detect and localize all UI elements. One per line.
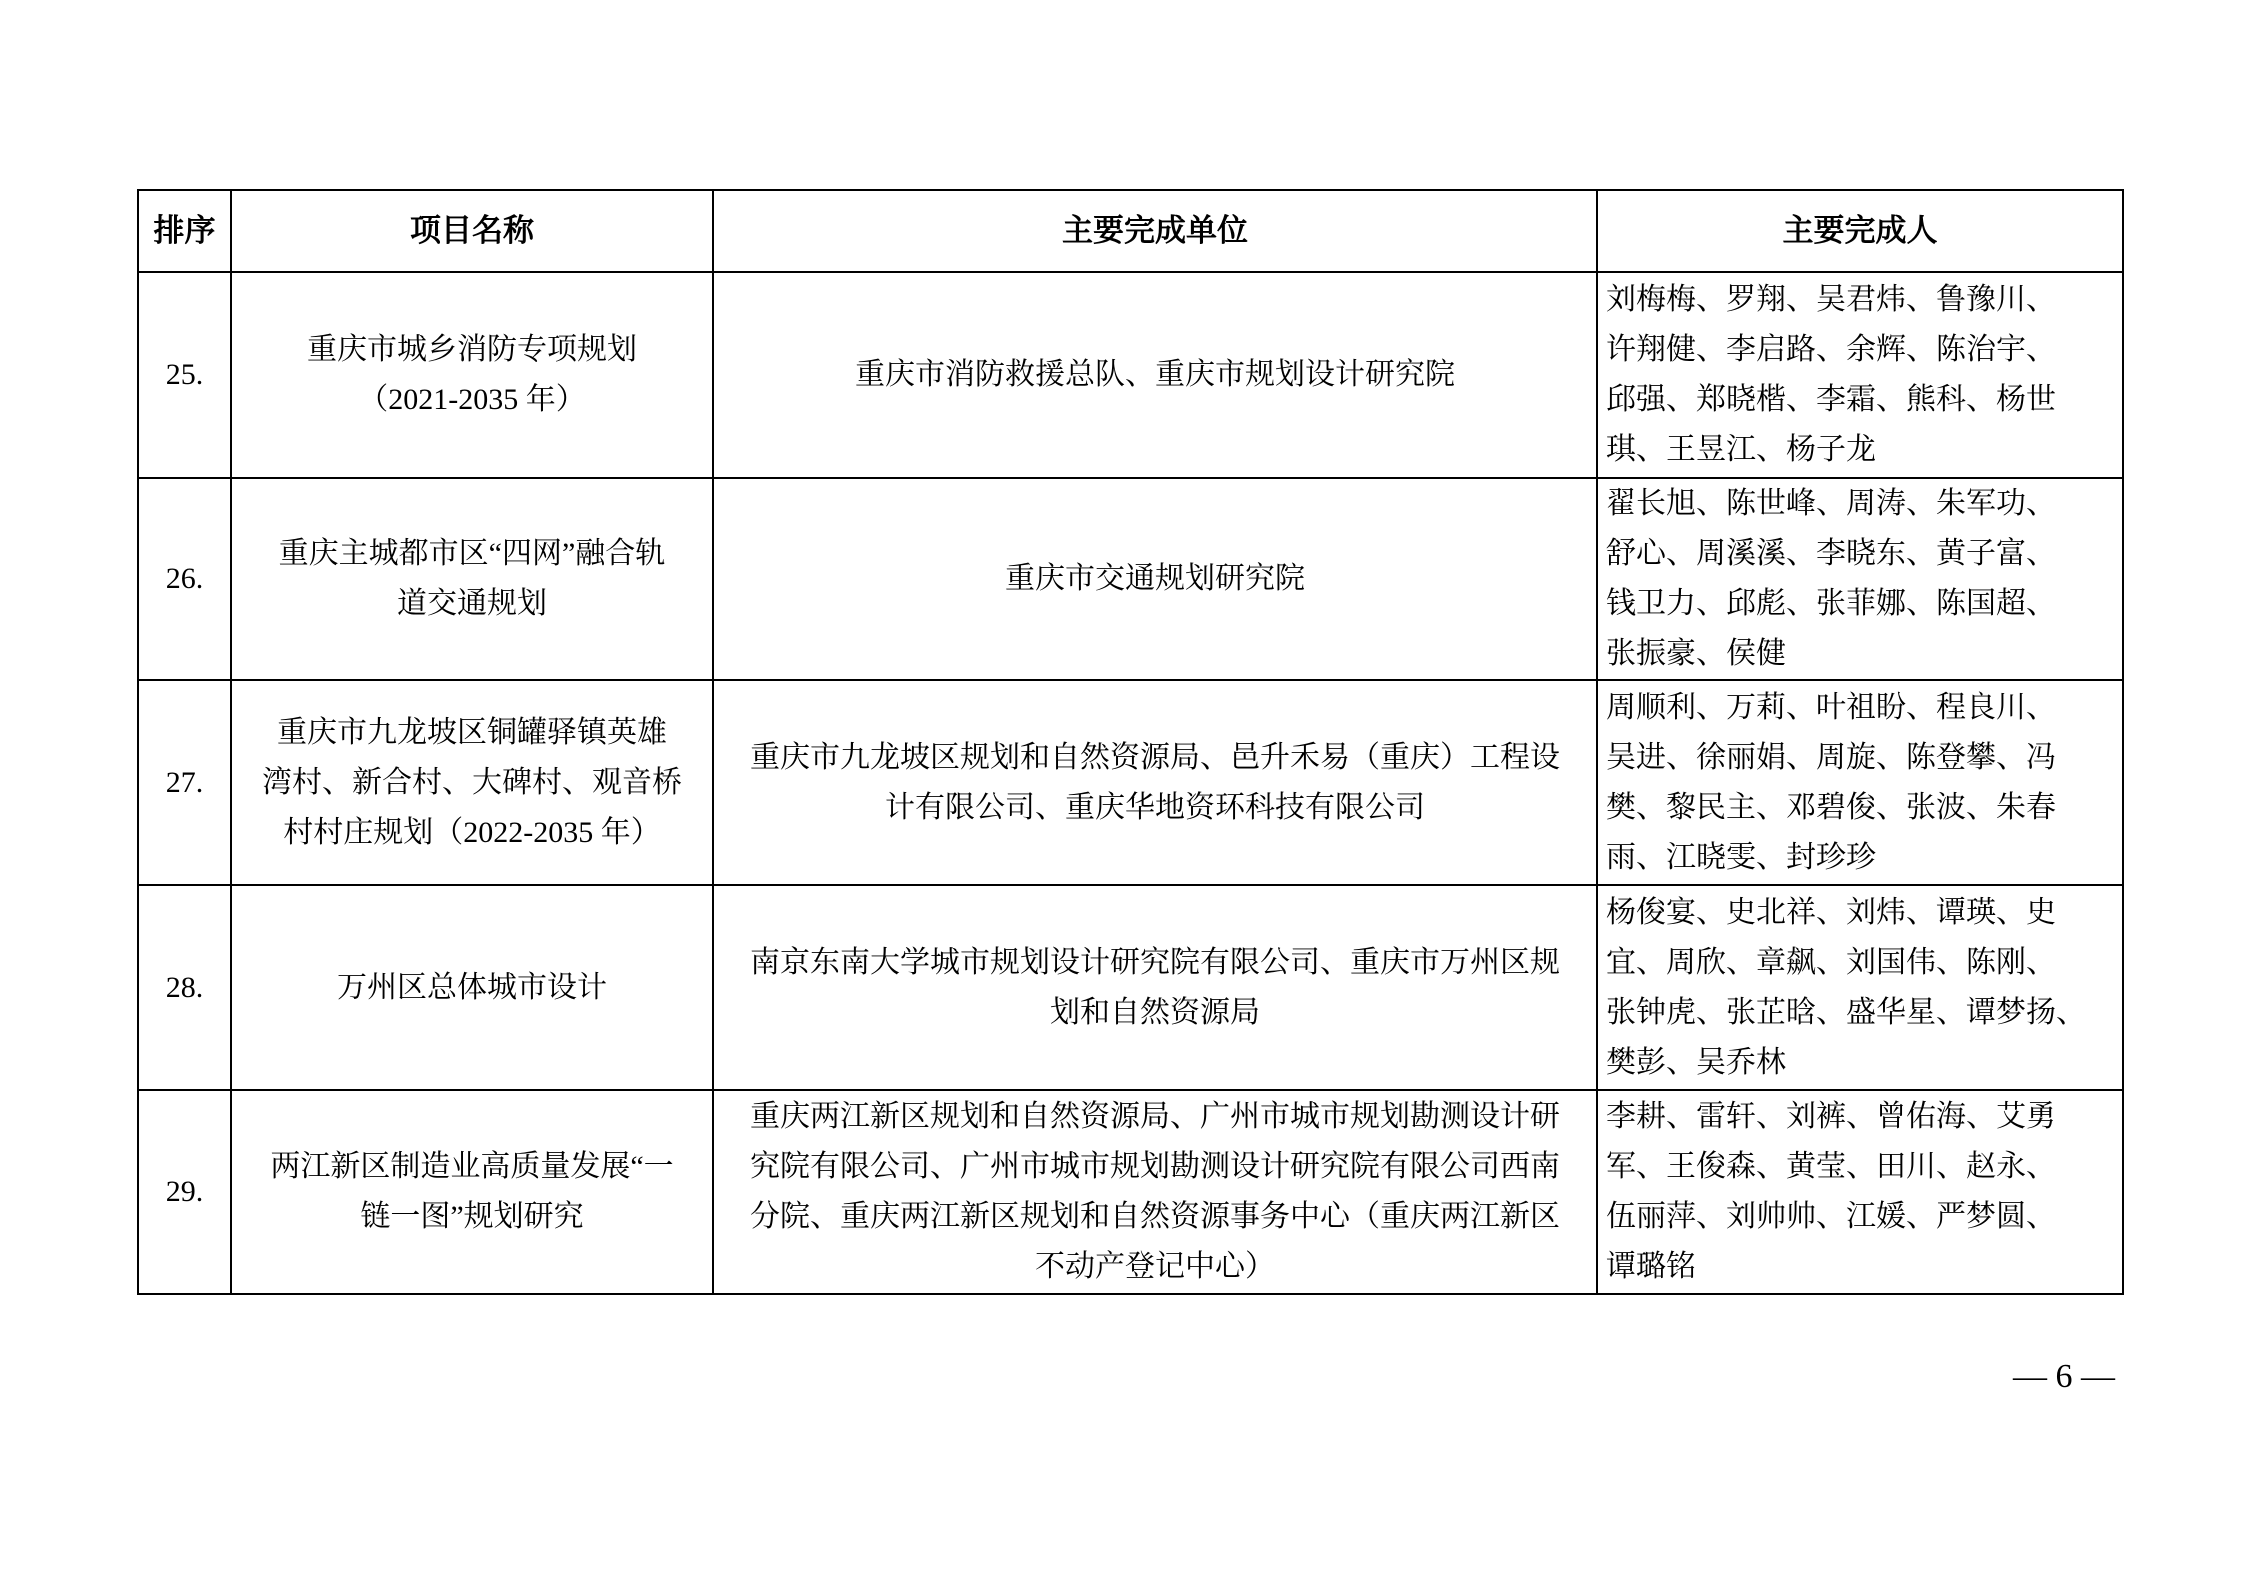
rank-cell: 26. <box>138 478 231 680</box>
rank-cell: 28. <box>138 885 231 1090</box>
document-page: 排序 项目名称 主要完成单位 主要完成人 25. 重庆市城乡消防专项规划 （20… <box>0 0 2245 1587</box>
contributors-cell: 杨俊宴、史北祥、刘炜、谭瑛、史 宜、周欣、章飙、刘国伟、陈刚、 张钟虎、张芷晗、… <box>1597 885 2123 1090</box>
rank-cell: 25. <box>138 272 231 478</box>
table-row: 25. 重庆市城乡消防专项规划 （2021-2035 年） 重庆市消防救援总队、… <box>138 272 2123 478</box>
project-cell: 万州区总体城市设计 <box>231 885 713 1090</box>
table-row: 29. 两江新区制造业高质量发展“一 链一图”规划研究 重庆两江新区规划和自然资… <box>138 1090 2123 1294</box>
rank-cell: 29. <box>138 1090 231 1294</box>
table-row: 27. 重庆市九龙坡区铜罐驿镇英雄 湾村、新合村、大碑村、观音桥 村村庄规划（2… <box>138 680 2123 885</box>
header-main-contributors: 主要完成人 <box>1597 190 2123 272</box>
units-cell: 南京东南大学城市规划设计研究院有限公司、重庆市万州区规 划和自然资源局 <box>713 885 1597 1090</box>
rank-cell: 27. <box>138 680 231 885</box>
contributors-cell: 翟长旭、陈世峰、周涛、朱军功、 舒心、周溪溪、李晓东、黄子富、 钱卫力、邱彪、张… <box>1597 478 2123 680</box>
contributors-cell: 刘梅梅、罗翔、吴君炜、鲁豫川、 许翔健、李启路、余辉、陈治宇、 邱强、郑晓楷、李… <box>1597 272 2123 478</box>
page-number: — 6 — <box>2013 1352 2115 1402</box>
project-cell: 重庆主城都市区“四网”融合轨 道交通规划 <box>231 478 713 680</box>
project-cell: 两江新区制造业高质量发展“一 链一图”规划研究 <box>231 1090 713 1294</box>
units-cell: 重庆市九龙坡区规划和自然资源局、邑升禾易（重庆）工程设 计有限公司、重庆华地资环… <box>713 680 1597 885</box>
contributors-cell: 李耕、雷轩、刘裤、曾佑海、艾勇 军、王俊森、黄莹、田川、赵永、 伍丽萍、刘帅帅、… <box>1597 1090 2123 1294</box>
project-cell: 重庆市城乡消防专项规划 （2021-2035 年） <box>231 272 713 478</box>
header-project-name: 项目名称 <box>231 190 713 272</box>
header-main-units: 主要完成单位 <box>713 190 1597 272</box>
table-row: 26. 重庆主城都市区“四网”融合轨 道交通规划 重庆市交通规划研究院 翟长旭、… <box>138 478 2123 680</box>
units-cell: 重庆市交通规划研究院 <box>713 478 1597 680</box>
header-rank: 排序 <box>138 190 231 272</box>
awards-table: 排序 项目名称 主要完成单位 主要完成人 25. 重庆市城乡消防专项规划 （20… <box>137 189 2124 1295</box>
contributors-cell: 周顺利、万莉、叶祖盼、程良川、 吴进、徐丽娟、周旋、陈登攀、冯 樊、黎民主、邓碧… <box>1597 680 2123 885</box>
table-row: 28. 万州区总体城市设计 南京东南大学城市规划设计研究院有限公司、重庆市万州区… <box>138 885 2123 1090</box>
table-header-row: 排序 项目名称 主要完成单位 主要完成人 <box>138 190 2123 272</box>
project-cell: 重庆市九龙坡区铜罐驿镇英雄 湾村、新合村、大碑村、观音桥 村村庄规划（2022-… <box>231 680 713 885</box>
units-cell: 重庆两江新区规划和自然资源局、广州市城市规划勘测设计研 究院有限公司、广州市城市… <box>713 1090 1597 1294</box>
units-cell: 重庆市消防救援总队、重庆市规划设计研究院 <box>713 272 1597 478</box>
